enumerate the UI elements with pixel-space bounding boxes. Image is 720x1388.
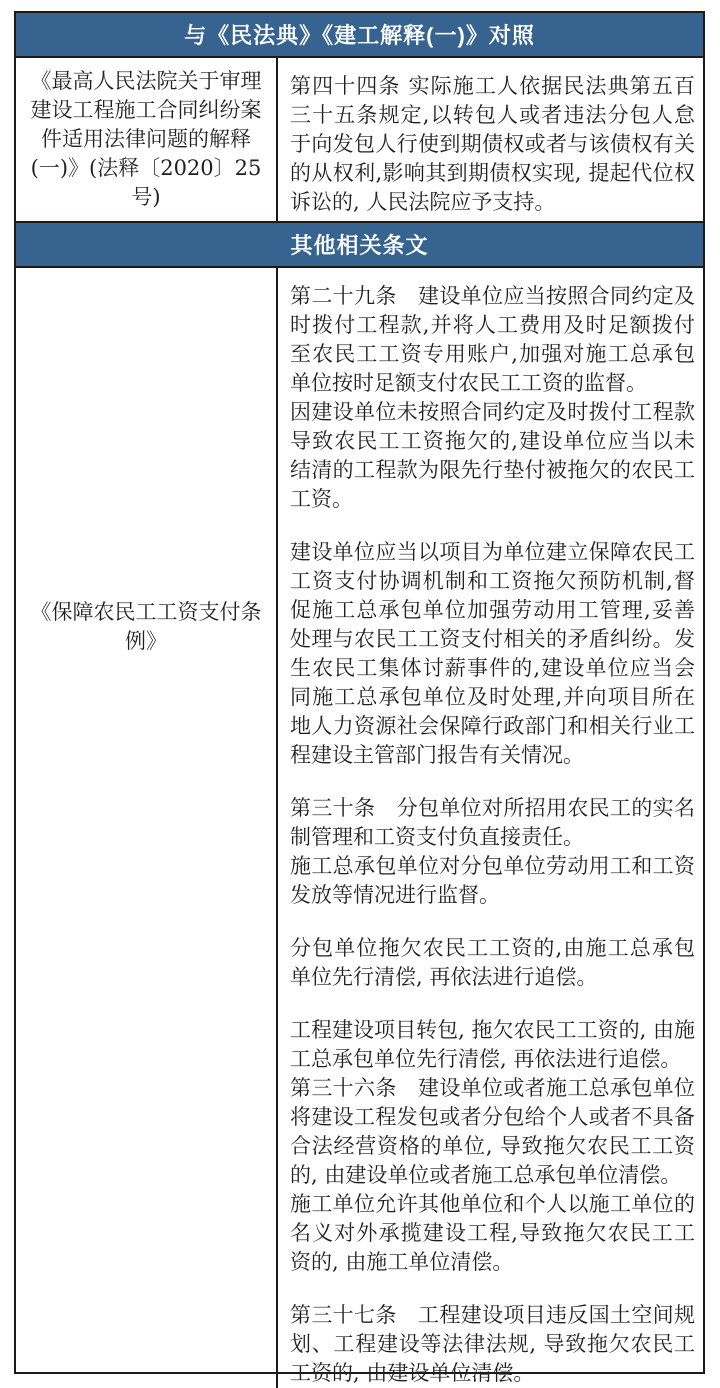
regulation-provisions-cell: 第二十九条 建设单位应当按照合同约定及时拨付工程款,并将人工费用及时足额拨付至农… <box>278 268 703 1388</box>
page: { "colors": { "page_bg": "#ffffff", "hea… <box>0 0 720 1385</box>
law-paragraph: 施工单位允许其他单位和个人以施工单位的名义对外承揽建设工程,导致拖欠农民工工资的… <box>290 1190 695 1277</box>
source-law-cell: 《最高人民法院关于审理建设工程施工合同纠纷案件适用法律问题的解释(一)》(法释〔… <box>16 58 278 221</box>
section-header-comparison: 与《民法典》《建工解释(一)》对照 <box>16 13 703 58</box>
comparison-table: 与《民法典》《建工解释(一)》对照 《最高人民法院关于审理建设工程施工合同纠纷案… <box>14 11 705 1374</box>
law-paragraph: 第二十九条 建设单位应当按照合同约定及时拨付工程款,并将人工费用及时足额拨付至农… <box>290 282 695 398</box>
provision-article-44: 第四十四条 实际施工人依据民法典第五百三十五条规定,以转包人或者违法分包人怠于向… <box>290 72 695 217</box>
law-paragraph: 建设单位应当以项目为单位建立保障农民工工资支付协调机制和工资拖欠预防机制,督促施… <box>290 538 695 770</box>
law-paragraph: 因建设单位未按照合同约定及时拨付工程款导致农民工工资拖欠的,建设单位应当以未结清… <box>290 398 695 514</box>
section-header-other-text: 其他相关条文 <box>290 229 428 260</box>
provision-cell: 第四十四条 实际施工人依据民法典第五百三十五条规定,以转包人或者违法分包人怠于向… <box>278 58 703 221</box>
law-paragraph: 分包单位拖欠农民工工资的,由施工总承包单位先行清偿, 再依法进行追偿。 <box>290 934 695 992</box>
law-paragraph: 工程建设项目转包, 拖欠农民工工资的, 由施工总承包单位先行清偿, 再依法进行追… <box>290 1016 695 1074</box>
source-law-title: 《最高人民法院关于审理建设工程施工合同纠纷案件适用法律问题的解释(一)》(法释〔… <box>24 67 268 212</box>
section-header-other: 其他相关条文 <box>16 223 703 268</box>
law-paragraph: 第三十条 分包单位对所招用农民工的实名制管理和工资支付负直接责任。 <box>290 794 695 852</box>
regulation-source-title: 《保障农民工工资支付条例》 <box>24 598 268 656</box>
table-row-interpretation: 《最高人民法院关于审理建设工程施工合同纠纷案件适用法律问题的解释(一)》(法释〔… <box>16 58 703 223</box>
law-paragraph: 第三十七条 工程建设项目违反国土空间规划、工程建设等法律法规, 导致拖欠农民工工… <box>290 1301 695 1388</box>
section-header-comparison-text: 与《民法典》《建工解释(一)》对照 <box>184 19 535 50</box>
law-paragraph: 施工总承包单位对分包单位劳动用工和工资发放等情况进行监督。 <box>290 852 695 910</box>
law-paragraph: 第三十六条 建设单位或者施工总承包单位将建设工程发包或者分包给个人或者不具备合法… <box>290 1074 695 1190</box>
table-row-regulation: 《保障农民工工资支付条例》 第二十九条 建设单位应当按照合同约定及时拨付工程款,… <box>16 268 703 1388</box>
regulation-source-cell: 《保障农民工工资支付条例》 <box>16 268 278 1388</box>
